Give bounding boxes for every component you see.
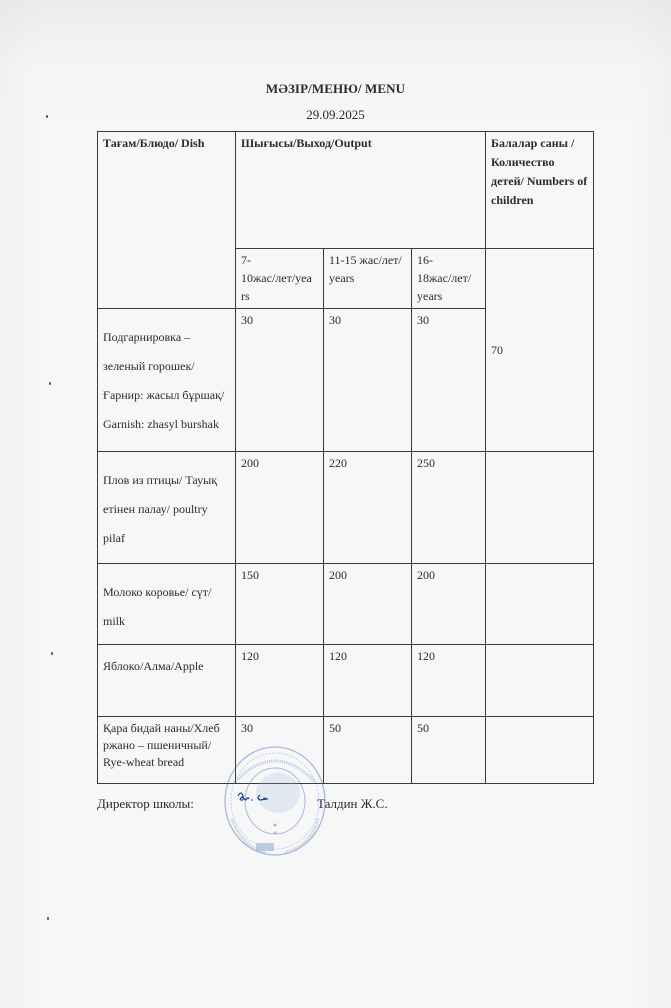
age-group-11-15: 11-15 жас/лет/ years — [324, 249, 412, 309]
document-title: МӘЗІР/МЕНЮ/ MENU — [0, 81, 671, 97]
portion-7-10: 120 — [236, 645, 324, 717]
header-output: Шығысы/Выход/Output — [236, 132, 486, 249]
age-group-label: 7- 10жас/лет/yea rs — [241, 253, 312, 303]
portion-16-18: 30 — [412, 309, 486, 452]
children-count-empty — [486, 564, 594, 645]
children-count-empty — [486, 717, 594, 784]
portion-7-10: 200 — [236, 452, 324, 564]
dish-line: Ғарнир: жасыл бұршақ/ — [103, 381, 230, 410]
children-count-empty — [486, 645, 594, 717]
dish-line: Яблоко/Алма/Apple — [103, 659, 204, 673]
dish-name: Қара бидай наны/Хлеб ржано – пшеничный/ … — [98, 717, 236, 784]
portion-16-18: 200 — [412, 564, 486, 645]
portion-16-18: 50 — [412, 717, 486, 784]
header-row: Тағам/Блюдо/ Dish Шығысы/Выход/Output Ба… — [98, 132, 594, 249]
children-count-empty — [486, 452, 594, 564]
dish-line: зеленый горошек/ — [103, 352, 230, 381]
dish-line: ржано – пшеничный/ — [103, 737, 230, 754]
dish-line: етінен палау/ poultry — [103, 495, 230, 524]
age-group-label: 16- 18жас/лет/ years — [417, 253, 471, 303]
age-group-7-10: 7- 10жас/лет/yea rs — [236, 249, 324, 309]
scan-speck — [46, 115, 48, 118]
table-row: Молоко коровье/ сүт/ milk 150 200 200 — [98, 564, 594, 645]
dish-line: Garnish: zhasyl burshak — [103, 410, 230, 439]
portion-11-15: 30 — [324, 309, 412, 452]
scan-speck — [49, 382, 51, 385]
dish-line: Молоко коровье/ сүт/ — [103, 578, 230, 607]
scan-speck — [51, 652, 53, 655]
dish-name: Яблоко/Алма/Apple — [98, 645, 236, 717]
dish-line: pilaf — [103, 524, 230, 553]
portion-11-15: 120 — [324, 645, 412, 717]
portion-7-10: 150 — [236, 564, 324, 645]
table-row: Плов из птицы/ Тауық етінен палау/ poult… — [98, 452, 594, 564]
table-row: Яблоко/Алма/Apple 120 120 120 — [98, 645, 594, 717]
dish-name: Плов из птицы/ Тауық етінен палау/ poult… — [98, 452, 236, 564]
dish-line: Rye-wheat bread — [103, 754, 230, 771]
document-date: 29.09.2025 — [0, 107, 671, 123]
portion-16-18: 120 — [412, 645, 486, 717]
age-group-label: 11-15 жас/лет/ years — [329, 253, 402, 285]
director-name: Талдин Ж.С. — [317, 796, 388, 812]
dish-line: milk — [103, 607, 230, 636]
portion-11-15: 220 — [324, 452, 412, 564]
header-dish: Тағам/Блюдо/ Dish — [98, 132, 236, 309]
portion-16-18: 250 — [412, 452, 486, 564]
table-row: Қара бидай наны/Хлеб ржано – пшеничный/ … — [98, 717, 594, 784]
children-count: 70 — [486, 249, 594, 452]
dish-line: Плов из птицы/ Тауық — [103, 466, 230, 495]
portion-11-15: 200 — [324, 564, 412, 645]
scan-speck — [47, 917, 49, 920]
portion-11-15: 50 — [324, 717, 412, 784]
director-label: Директор школы: — [97, 796, 194, 812]
director-signature-icon — [236, 788, 276, 808]
portion-7-10: 30 — [236, 309, 324, 452]
age-group-16-18: 16- 18жас/лет/ years — [412, 249, 486, 309]
dish-line: Подгарнировка – — [103, 323, 230, 352]
dish-name: Молоко коровье/ сүт/ milk — [98, 564, 236, 645]
menu-table: Тағам/Блюдо/ Dish Шығысы/Выход/Output Ба… — [97, 131, 594, 784]
dish-name: Подгарнировка – зеленый горошек/ Ғарнир:… — [98, 309, 236, 452]
dish-line: Қара бидай наны/Хлеб — [103, 720, 230, 737]
header-children: Балалар саны /Количество детей/ Numbers … — [486, 132, 594, 249]
